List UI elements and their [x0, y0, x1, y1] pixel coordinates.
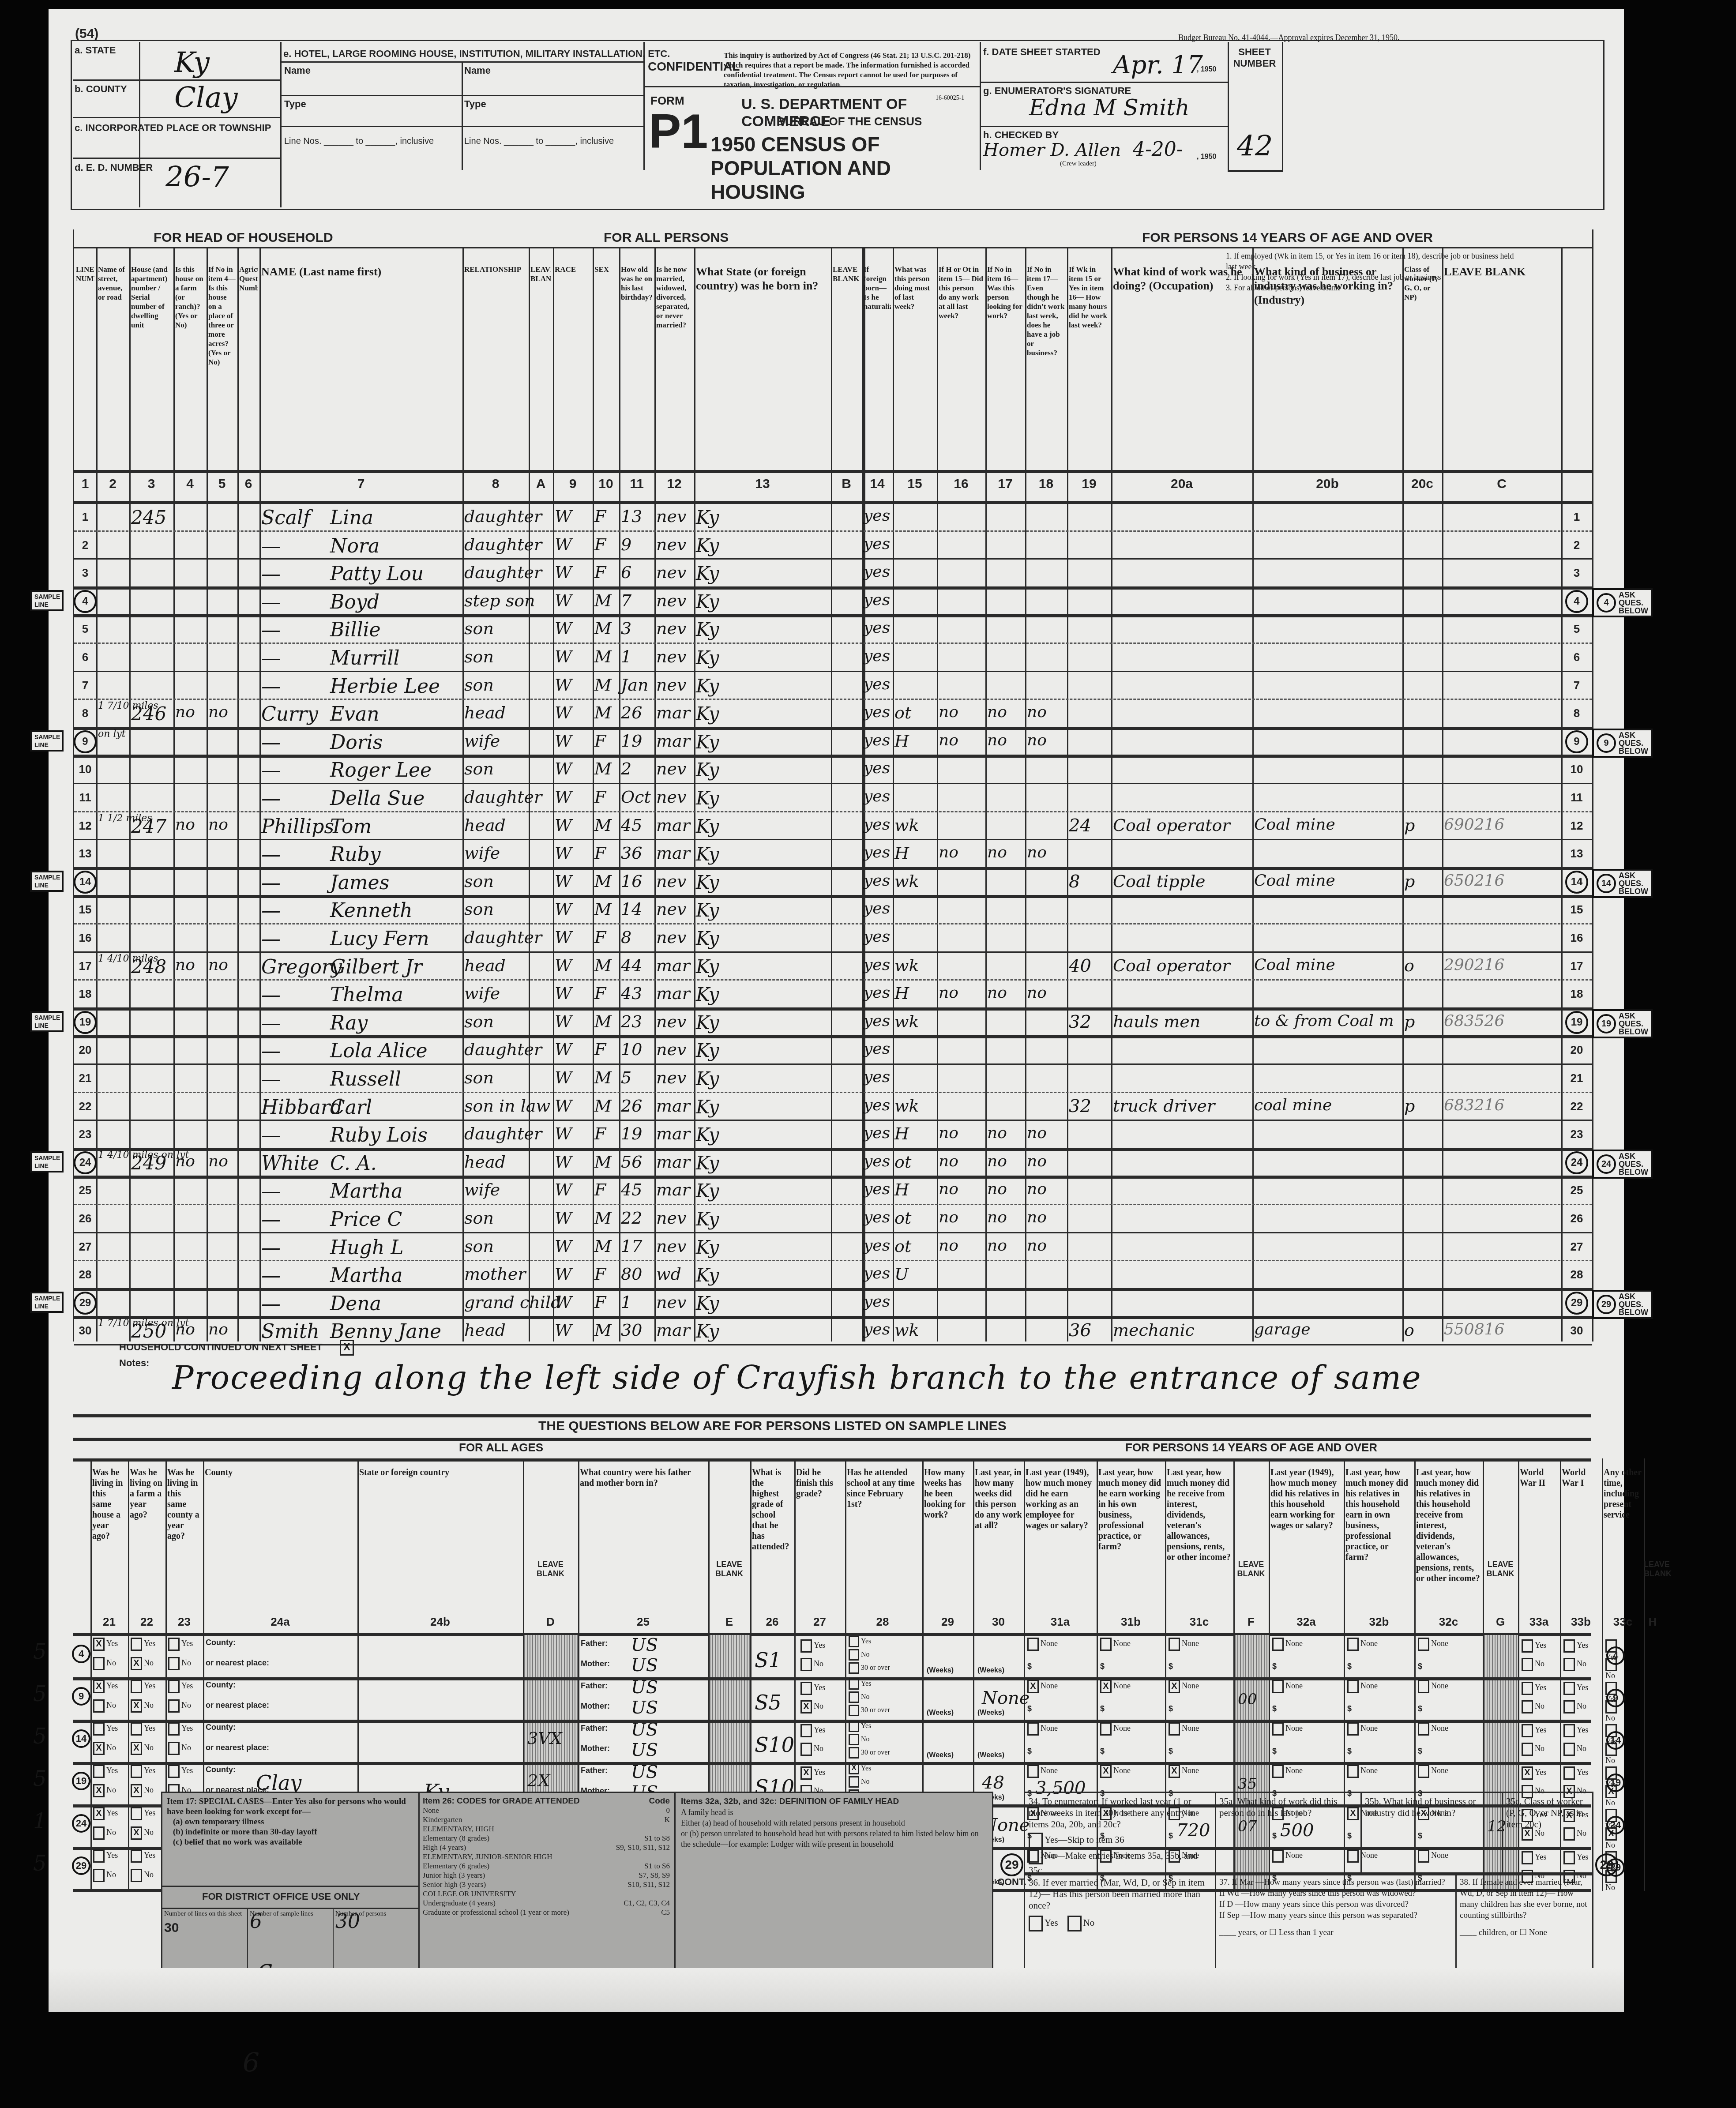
- father-label: Father:: [581, 1722, 608, 1734]
- cell-sex: M: [594, 703, 612, 722]
- c23-yes-option[interactable]: Yes: [168, 1765, 193, 1778]
- cell-line: 28: [74, 1268, 96, 1281]
- c21-yes-option[interactable]: XYes: [93, 1638, 118, 1651]
- cell-birth: Ky: [696, 1152, 719, 1174]
- c22-yes-option[interactable]: Yes: [131, 1849, 155, 1863]
- weeks-worked: 48: [982, 1773, 1004, 1793]
- county-label: County:: [206, 1764, 236, 1775]
- ed-number: 26-7: [165, 161, 229, 194]
- sheet-number-box: SHEET NUMBER 42: [1228, 42, 1283, 172]
- sample-column-number: 29: [922, 1615, 973, 1629]
- dollar-sign: $: [1100, 1703, 1105, 1714]
- armed-forces-no[interactable]: No: [1522, 1658, 1544, 1671]
- table-row: 13—RubywifeWF36marKyyesHnonono13: [74, 839, 1592, 867]
- cell-activity: H: [894, 1124, 909, 1143]
- c22-yes-option[interactable]: Yes: [131, 1638, 155, 1651]
- finished-grade-no[interactable]: No: [800, 1743, 823, 1756]
- column-header: What kind of business or industry was he…: [1254, 265, 1401, 463]
- c21-no-option[interactable]: XNo: [93, 1784, 116, 1797]
- q34: 34. To enumerator: If worked last year (…: [1029, 1796, 1210, 1876]
- sample-column-header: Last year, how much money did he receive…: [1167, 1467, 1232, 1613]
- cell-name-last: —: [261, 1040, 281, 1062]
- cell-name-first: James: [330, 872, 389, 894]
- dollar-sign: $: [1169, 1703, 1173, 1714]
- income-none-checkbox[interactable]: None: [1418, 1680, 1448, 1693]
- c22-no-option[interactable]: No: [131, 1869, 154, 1882]
- cell-line: 9: [74, 730, 97, 753]
- finished-grade-yes[interactable]: XYes: [800, 1766, 825, 1780]
- cell-industry: garage: [1254, 1320, 1311, 1338]
- c23-no-option[interactable]: No: [168, 1699, 191, 1713]
- cell-house: 245: [131, 507, 166, 528]
- checked-by: Homer D. Allen: [983, 140, 1121, 160]
- c23-no-option[interactable]: No: [168, 1657, 191, 1670]
- income-none-checkbox[interactable]: XNone: [1100, 1680, 1131, 1693]
- armed-forces-no[interactable]: No: [1563, 1743, 1586, 1756]
- armed-forces-yes[interactable]: Yes: [1563, 1724, 1588, 1737]
- finished-grade-yes[interactable]: Yes: [800, 1682, 825, 1695]
- leave-blank-d-mark: 2X: [527, 1771, 550, 1790]
- income-none-checkbox[interactable]: None: [1272, 1722, 1303, 1736]
- finished-grade-yes[interactable]: Yes: [800, 1724, 825, 1737]
- cell-age: 5: [621, 1068, 631, 1087]
- cell-line: 17: [74, 959, 96, 973]
- dollar-sign: $: [1027, 1703, 1032, 1714]
- column-number: 5: [207, 477, 237, 492]
- cell-occupation: truck driver: [1113, 1096, 1215, 1116]
- column-number: 10: [593, 477, 619, 492]
- sample-column-header: Last year, how much money did his relati…: [1345, 1467, 1413, 1613]
- column-number: C: [1442, 477, 1561, 492]
- c23-no-option[interactable]: No: [168, 1742, 191, 1755]
- cell-name-first: Price C: [330, 1208, 402, 1231]
- cell-industry: Coal mine: [1254, 956, 1335, 974]
- cell-sex: M: [594, 591, 612, 610]
- cell-sex: M: [594, 872, 612, 891]
- grade-attended: S5: [755, 1691, 782, 1714]
- income-none-checkbox[interactable]: None: [1272, 1638, 1303, 1651]
- cell-line: 21: [74, 1071, 96, 1085]
- grade-attended: S10: [755, 1733, 794, 1757]
- c21-no-option[interactable]: No: [93, 1699, 116, 1713]
- cell-nat: yes: [864, 647, 890, 665]
- attended-school-yes[interactable]: Yes: [849, 1721, 871, 1732]
- sample-column-header: How many weeks has he been looking for w…: [924, 1467, 971, 1613]
- margin-tally: 1: [33, 1809, 47, 1834]
- cell-q16: no: [939, 1124, 958, 1142]
- table-row: 28—MarthamotherWF80wdKyyesU28: [74, 1260, 1592, 1288]
- cell-race: W: [555, 984, 572, 1003]
- sample-column-number: 31b: [1097, 1615, 1165, 1629]
- c22-no-option[interactable]: XNo: [131, 1657, 154, 1670]
- nearest-place-label: or nearest place:: [206, 1699, 269, 1711]
- cell-name-first: Lucy Fern: [330, 928, 429, 950]
- cell-line: 14: [1565, 871, 1588, 894]
- cell-marital: nev: [656, 1208, 686, 1228]
- cell-q17: no: [987, 1236, 1007, 1255]
- cell-hours: 24: [1069, 815, 1091, 836]
- cell-name-last: —: [261, 1012, 281, 1034]
- c22-no-option[interactable]: XNo: [131, 1699, 154, 1713]
- cell-marital: nev: [656, 787, 686, 807]
- cell-nat: yes: [864, 507, 890, 525]
- income-none-checkbox[interactable]: None: [1027, 1765, 1058, 1778]
- cell-marital: nev: [656, 591, 686, 610]
- c21-no-option[interactable]: No: [93, 1657, 116, 1670]
- sample-line-number-right: 19: [1606, 1774, 1625, 1792]
- income-none-checkbox[interactable]: None: [1169, 1638, 1199, 1651]
- cell-name-last: —: [261, 899, 281, 922]
- cell-nat: yes: [864, 1208, 890, 1226]
- cell-acres: no: [208, 1320, 228, 1338]
- cell-birth: Ky: [696, 1096, 719, 1118]
- cell-nat: yes: [864, 787, 890, 805]
- cell-name-first: Carl: [330, 1096, 372, 1119]
- cell-name-last: —: [261, 1293, 281, 1315]
- ask-questions-below-badge: 19ASKQUES.BELOW: [1592, 1009, 1653, 1038]
- column-number: 19: [1067, 477, 1111, 492]
- cell-q17: no: [987, 1152, 1007, 1170]
- cell-line: 9: [1565, 730, 1588, 753]
- location-block: a. STATE Ky b. COUNTY Clay c. INCORPORAT…: [73, 42, 282, 207]
- cell-nat: yes: [864, 928, 890, 946]
- cell-race: W: [555, 843, 572, 863]
- attended-school-yes[interactable]: Yes: [849, 1678, 871, 1690]
- income-none-checkbox[interactable]: None: [1418, 1722, 1448, 1736]
- q36-yes-checkbox[interactable]: [1029, 1916, 1043, 1931]
- income-none-checkbox[interactable]: None: [1100, 1638, 1131, 1651]
- c21-no-option[interactable]: No: [93, 1826, 116, 1840]
- column-number: 2: [96, 477, 129, 492]
- cell-sex: M: [594, 1320, 612, 1340]
- cell-sex: F: [594, 507, 606, 526]
- cell-rel: daughter: [464, 1040, 542, 1059]
- mother-birthplace: US: [631, 1740, 658, 1760]
- column-number: 15: [893, 477, 937, 492]
- table-row: 7—Herbie LeesonWMJannevKyyes7: [74, 671, 1592, 699]
- cell-hours: 36: [1069, 1320, 1091, 1341]
- armed-forces-no[interactable]: No: [1563, 1658, 1586, 1671]
- column-header: Is he now married, widowed, divorced, se…: [656, 265, 692, 463]
- income-none-checkbox[interactable]: None: [1347, 1680, 1378, 1693]
- weeks-label: (Weeks): [927, 1707, 954, 1719]
- cell-marital: nev: [656, 1040, 686, 1059]
- cell-race: W: [555, 759, 572, 778]
- cell-name-last: —: [261, 591, 281, 613]
- income-none-checkbox[interactable]: None: [1100, 1722, 1131, 1736]
- c22-yes-option[interactable]: Yes: [131, 1722, 155, 1736]
- c22-no-option[interactable]: XNo: [131, 1784, 154, 1797]
- section-persons-14: FOR PERSONS 14 YEARS OF AGE AND OVER: [1142, 230, 1433, 245]
- cell-sex: F: [594, 1180, 606, 1199]
- mother-birthplace: US: [631, 1698, 658, 1718]
- cell-nat: yes: [864, 899, 890, 917]
- attended-school-no[interactable]: No: [849, 1649, 870, 1661]
- cell-sex: M: [594, 759, 612, 778]
- sample-column-header: Last year, how much money did he earn wo…: [1098, 1467, 1163, 1613]
- cell-marital: nev: [656, 619, 686, 638]
- grade-codes: Item 26: CODES for GRADE ATTENDEDCode No…: [423, 1796, 670, 1917]
- cell-nat: yes: [864, 1012, 890, 1030]
- cell-name-last: —: [261, 563, 281, 585]
- cell-marital: nev: [656, 1012, 686, 1031]
- c23-yes-option[interactable]: Yes: [168, 1680, 193, 1693]
- column-number: 20c: [1402, 477, 1442, 492]
- nearest-place-label: or nearest place:: [206, 1742, 269, 1753]
- income-none-checkbox[interactable]: XNone: [1169, 1680, 1199, 1693]
- cell-race: W: [555, 675, 572, 695]
- cell-birth: Ky: [696, 1180, 719, 1202]
- cell-rel: head: [464, 1320, 506, 1340]
- finished-grade-yes[interactable]: Yes: [800, 1639, 825, 1653]
- cell-race: W: [555, 507, 572, 526]
- household-continued-checkbox[interactable]: X: [340, 1340, 354, 1356]
- cell-sex: M: [594, 1068, 612, 1087]
- attended-school-thirty[interactable]: 30 or over: [849, 1662, 890, 1674]
- cell-age: 10: [621, 1040, 642, 1059]
- cell-hours: 8: [1069, 872, 1080, 892]
- cell-line: 2: [1561, 538, 1592, 552]
- cell-age: 26: [621, 703, 642, 722]
- attended-school-no[interactable]: No: [849, 1734, 870, 1745]
- cell-rel: daughter: [464, 563, 542, 582]
- cell-race: W: [555, 1040, 572, 1059]
- armed-forces-yes[interactable]: Yes: [1522, 1724, 1546, 1737]
- income-none-checkbox[interactable]: None: [1169, 1722, 1199, 1736]
- cell-hours: 40: [1069, 956, 1091, 976]
- attended-school-thirty[interactable]: 30 or over: [849, 1705, 890, 1716]
- cell-occupation: mechanic: [1113, 1320, 1195, 1340]
- cell-line: 19: [74, 1011, 97, 1034]
- cell-nat: yes: [864, 591, 890, 609]
- cell-rel: grand child: [464, 1293, 561, 1312]
- cell-race: W: [555, 1124, 572, 1143]
- sample-column-number: 33b: [1560, 1615, 1602, 1629]
- sample-column-number: H: [1644, 1615, 1661, 1629]
- cell-name-first: Nora: [330, 535, 380, 557]
- column-header: If H or Ot in item 15— Did this person d…: [939, 265, 984, 463]
- dollar-sign: $: [1272, 1661, 1277, 1672]
- c21-yes-option[interactable]: XYes: [93, 1680, 118, 1693]
- ask-questions-below-badge: 24ASKQUES.BELOW: [1592, 1150, 1653, 1179]
- armed-forces-yes[interactable]: Yes: [1563, 1639, 1588, 1653]
- armed-forces-no[interactable]: No: [1522, 1700, 1544, 1713]
- income-none-checkbox[interactable]: None: [1347, 1765, 1378, 1778]
- c21-no-option[interactable]: No: [93, 1869, 116, 1882]
- cell-sex: F: [594, 843, 606, 863]
- state-value: Ky: [174, 46, 210, 79]
- c23-yes-option[interactable]: Yes: [168, 1722, 193, 1736]
- c21-yes-option[interactable]: Yes: [93, 1849, 118, 1863]
- column-header: If No in item 17— Even though he didn't …: [1027, 265, 1065, 463]
- cell-nat: yes: [864, 619, 890, 637]
- income-none-checkbox[interactable]: None: [1027, 1722, 1058, 1736]
- c22-no-option[interactable]: XNo: [131, 1742, 154, 1755]
- cell-sex: F: [594, 535, 606, 554]
- q34-no-checkbox[interactable]: [1029, 1849, 1043, 1864]
- enumerator-signature: Edna M Smith: [1029, 95, 1189, 120]
- cell-q17: no: [987, 984, 1007, 1002]
- cell-name-first: Doris: [330, 731, 383, 754]
- finished-grade-no[interactable]: No: [800, 1658, 823, 1671]
- cell-nat: yes: [864, 1264, 890, 1282]
- cell-sex: F: [594, 984, 606, 1003]
- cell-age: 17: [621, 1236, 642, 1256]
- c21-no-option[interactable]: XNo: [93, 1742, 116, 1755]
- sample-column-number: 28: [845, 1615, 920, 1629]
- sheet-number: 42: [1237, 130, 1273, 163]
- column-header: What State (or foreign country) was he b…: [696, 265, 829, 463]
- cell-line: 16: [1561, 931, 1592, 945]
- cell-rel: son: [464, 619, 494, 638]
- cell-code: 683526: [1444, 1012, 1504, 1030]
- income-none-checkbox[interactable]: None: [1347, 1722, 1378, 1736]
- cell-q18: no: [1027, 703, 1047, 721]
- cell-activity: wk: [894, 1096, 919, 1116]
- cell-marital: mar: [656, 984, 690, 1003]
- column-header: NAME (Last name first): [261, 265, 461, 463]
- grade-code-row: Elementary (8 grades)S1 to S8: [423, 1834, 670, 1843]
- cell-age: 43: [621, 984, 642, 1003]
- cell-activity: wk: [894, 1012, 919, 1031]
- armed-forces-yes[interactable]: Yes: [1522, 1682, 1546, 1695]
- income-none-checkbox[interactable]: XNone: [1169, 1765, 1199, 1778]
- cell-birth: Ky: [696, 647, 719, 669]
- c21-yes-option[interactable]: Yes: [93, 1765, 118, 1778]
- column-header: What kind of work was he doing? (Occupat…: [1113, 265, 1251, 463]
- grade-code-row: Junior high (3 years)S7, S8, S9: [423, 1871, 670, 1880]
- cell-sex: M: [594, 675, 612, 695]
- cell-code: 683216: [1444, 1096, 1504, 1114]
- nearest-place-label: or nearest place:: [206, 1657, 269, 1668]
- margin-tally: 5: [33, 1724, 47, 1749]
- sample-line-number-right: 14: [1606, 1731, 1625, 1750]
- cell-name-last: —: [261, 1208, 281, 1231]
- cell-race: W: [555, 872, 572, 891]
- income-none-checkbox[interactable]: None: [1272, 1680, 1303, 1693]
- armed-forces-no[interactable]: No: [1522, 1743, 1544, 1756]
- c21-yes-option[interactable]: XYes: [93, 1807, 118, 1820]
- cell-age: 1: [621, 1293, 631, 1312]
- armed-forces-yes[interactable]: Yes: [1563, 1682, 1588, 1695]
- column-header: If foreign born— Is he naturalized?: [864, 265, 891, 463]
- income-none-checkbox[interactable]: None: [1347, 1638, 1378, 1651]
- cell-rel: daughter: [464, 787, 542, 807]
- cell-birth: Ky: [696, 1320, 719, 1342]
- column-number: 20a: [1111, 477, 1252, 492]
- cell-sex: F: [594, 928, 606, 947]
- cell-birth: Ky: [696, 619, 719, 640]
- cell-line: 1: [74, 510, 96, 524]
- cell-marital: nev: [656, 675, 686, 695]
- cell-age: 1: [621, 647, 631, 666]
- income-none-checkbox[interactable]: XNone: [1100, 1765, 1131, 1778]
- cell-farm: no: [175, 703, 195, 721]
- income-none-checkbox[interactable]: None: [1418, 1638, 1448, 1651]
- cell-birth: Ky: [696, 591, 719, 612]
- cell-name-first: Russell: [330, 1068, 401, 1090]
- column-header: If Wk in item 15 or Yes in item 16— How …: [1069, 265, 1109, 463]
- q36-no-checkbox[interactable]: [1067, 1916, 1082, 1931]
- cell-q18: no: [1027, 1180, 1047, 1198]
- sample-column-header: County: [205, 1467, 356, 1613]
- attended-school-yes[interactable]: XYes: [849, 1763, 871, 1774]
- c22-yes-option[interactable]: Yes: [131, 1807, 155, 1820]
- leave-blank-label: LEAVE BLANK: [1644, 1560, 1661, 1578]
- armed-forces-yes[interactable]: Yes: [1563, 1766, 1588, 1780]
- cell-activity: H: [894, 843, 909, 863]
- sample-line-number-right: 9: [1606, 1689, 1625, 1707]
- cell-name-last: —: [261, 984, 281, 1006]
- c23-yes-option[interactable]: Yes: [168, 1638, 193, 1651]
- cell-age: 44: [621, 956, 642, 975]
- income-none-checkbox[interactable]: XNone: [1027, 1680, 1058, 1693]
- cell-line: 30: [74, 1324, 96, 1338]
- c22-no-option[interactable]: XNo: [131, 1826, 154, 1840]
- cell-line: 6: [74, 650, 96, 664]
- sample-line-badge: SAMPLE LINE: [30, 871, 64, 892]
- c22-yes-option[interactable]: Yes: [131, 1765, 155, 1778]
- attended-school-no[interactable]: No: [849, 1691, 870, 1703]
- table-row: 20—Lola AlicedaughterWF10nevKyyes20: [74, 1035, 1592, 1063]
- sample-column-number: 31a: [1024, 1615, 1097, 1629]
- form-title: 1950 CENSUS OF POPULATION AND HOUSING: [710, 132, 980, 204]
- cell-sex: F: [594, 1040, 606, 1059]
- cell-marital: wd: [656, 1264, 681, 1284]
- sample-column-number: G: [1483, 1615, 1518, 1629]
- finished-grade-no[interactable]: XNo: [800, 1700, 823, 1713]
- weeks-worked: None: [982, 1688, 1030, 1708]
- armed-forces-yes[interactable]: XYes: [1522, 1766, 1546, 1780]
- cell-age: 3: [621, 619, 631, 638]
- cell-nat: yes: [864, 1124, 890, 1142]
- cell-activity: H: [894, 984, 909, 1003]
- column-number: 14: [862, 477, 893, 492]
- c21-yes-option[interactable]: Yes: [93, 1722, 118, 1736]
- section-head-of-household: FOR HEAD OF HOUSEHOLD: [154, 230, 333, 245]
- income-none-checkbox[interactable]: None: [1272, 1765, 1303, 1778]
- cell-nat: yes: [864, 1293, 890, 1311]
- cell-race: W: [555, 1152, 572, 1172]
- cell-class: p: [1404, 872, 1415, 891]
- footer-instructions: Item 17: SPECIAL CASES—Enter Yes also fo…: [161, 1792, 993, 1971]
- cell-code: 290216: [1444, 956, 1504, 974]
- cell-race: W: [555, 1180, 572, 1199]
- cell-birth: Ky: [696, 1012, 719, 1033]
- c22-yes-option[interactable]: Yes: [131, 1680, 155, 1693]
- column-header: House (and apartment) number / Serial nu…: [131, 265, 172, 463]
- income-none-checkbox[interactable]: None: [1418, 1765, 1448, 1778]
- attended-school-yes[interactable]: Yes: [849, 1636, 871, 1647]
- cell-class: p: [1404, 815, 1415, 835]
- sample-column-number: 23: [165, 1615, 203, 1629]
- attended-school-no[interactable]: No: [849, 1776, 870, 1788]
- attended-school-thirty[interactable]: 30 or over: [849, 1747, 890, 1759]
- cell-sex: F: [594, 563, 606, 582]
- dollar-sign: $: [1272, 1745, 1277, 1757]
- q34-yes-checkbox[interactable]: [1029, 1833, 1043, 1849]
- income-none-checkbox[interactable]: None: [1027, 1638, 1058, 1651]
- cell-rel: head: [464, 815, 506, 835]
- armed-forces-yes[interactable]: Yes: [1522, 1639, 1546, 1653]
- cell-age: 23: [621, 1012, 642, 1031]
- cell-line: 10: [1561, 763, 1592, 776]
- sample-column-number: E: [708, 1615, 750, 1629]
- column-header: What was this person doing most of last …: [894, 265, 935, 463]
- armed-forces-no[interactable]: No: [1563, 1700, 1586, 1713]
- cell-name-first: Lola Alice: [330, 1040, 428, 1062]
- cell-name-first: Roger Lee: [330, 759, 432, 782]
